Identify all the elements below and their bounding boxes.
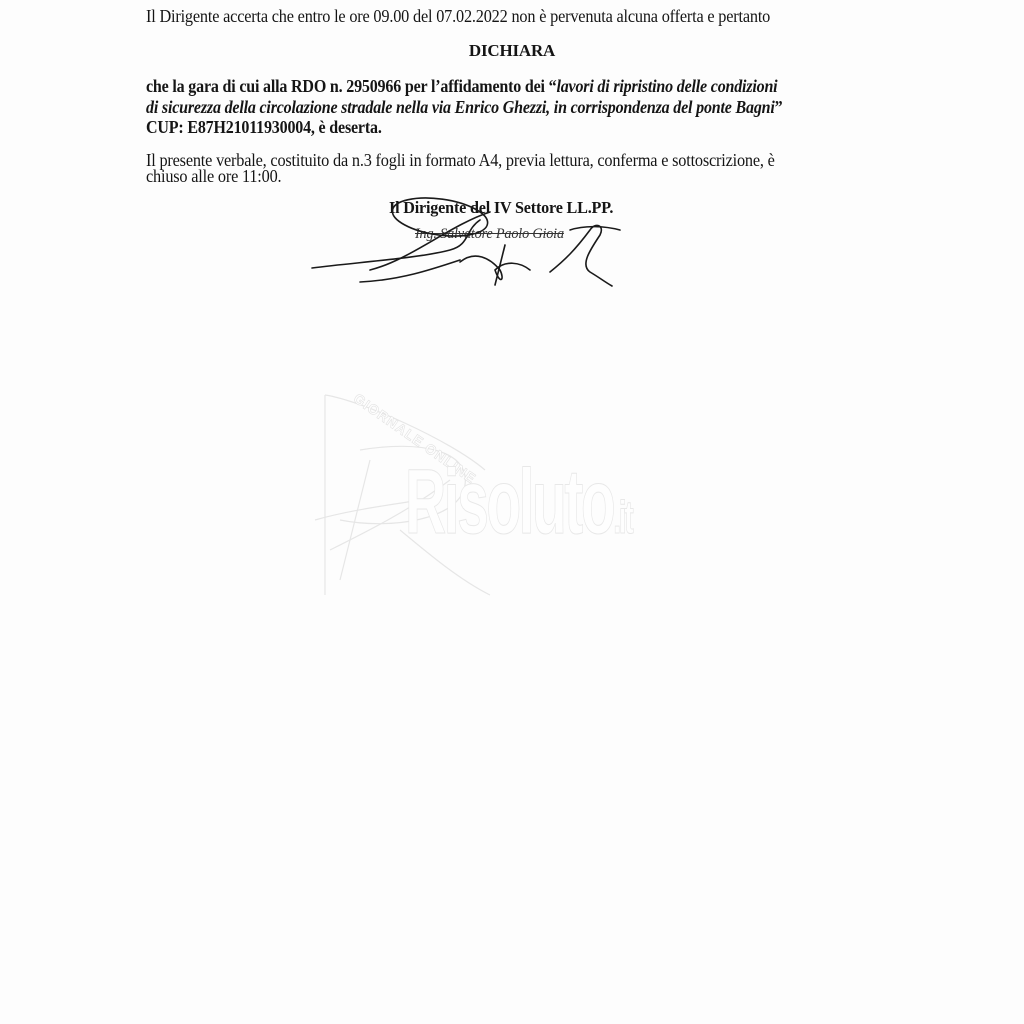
declaration-italic-text-2: di sicurezza della circolazione stradale…	[146, 97, 775, 117]
document-page: Il Dirigente accerta che entro le ore 09…	[0, 0, 1024, 1024]
declaration-italic-text: lavori di ripristino delle condizioni	[556, 76, 777, 96]
declaration-bold-text: che la gara di cui alla RDO n. 2950966 p…	[146, 76, 556, 96]
declaration-heading: DICHIARA	[0, 41, 1024, 61]
watermark-brand-name: Risoluto	[405, 451, 613, 553]
watermark-brand: Risoluto.it	[405, 450, 631, 555]
declaration-line-3: CUP: E87H21011930004, è deserta.	[146, 117, 382, 138]
verbale-line-2: chiuso alle ore 11:00.	[146, 166, 281, 187]
handwritten-signature-icon	[300, 190, 640, 300]
watermark-suffix: .it	[613, 491, 631, 543]
risoluto-watermark: GIORNALE ONLINE Risoluto.it	[300, 380, 740, 600]
declaration-line-2: di sicurezza della circolazione stradale…	[146, 97, 782, 118]
declaration-line-1: che la gara di cui alla RDO n. 2950966 p…	[146, 76, 777, 97]
intro-paragraph: Il Dirigente accerta che entro le ore 09…	[146, 6, 770, 27]
closing-quote: ”	[775, 97, 783, 117]
